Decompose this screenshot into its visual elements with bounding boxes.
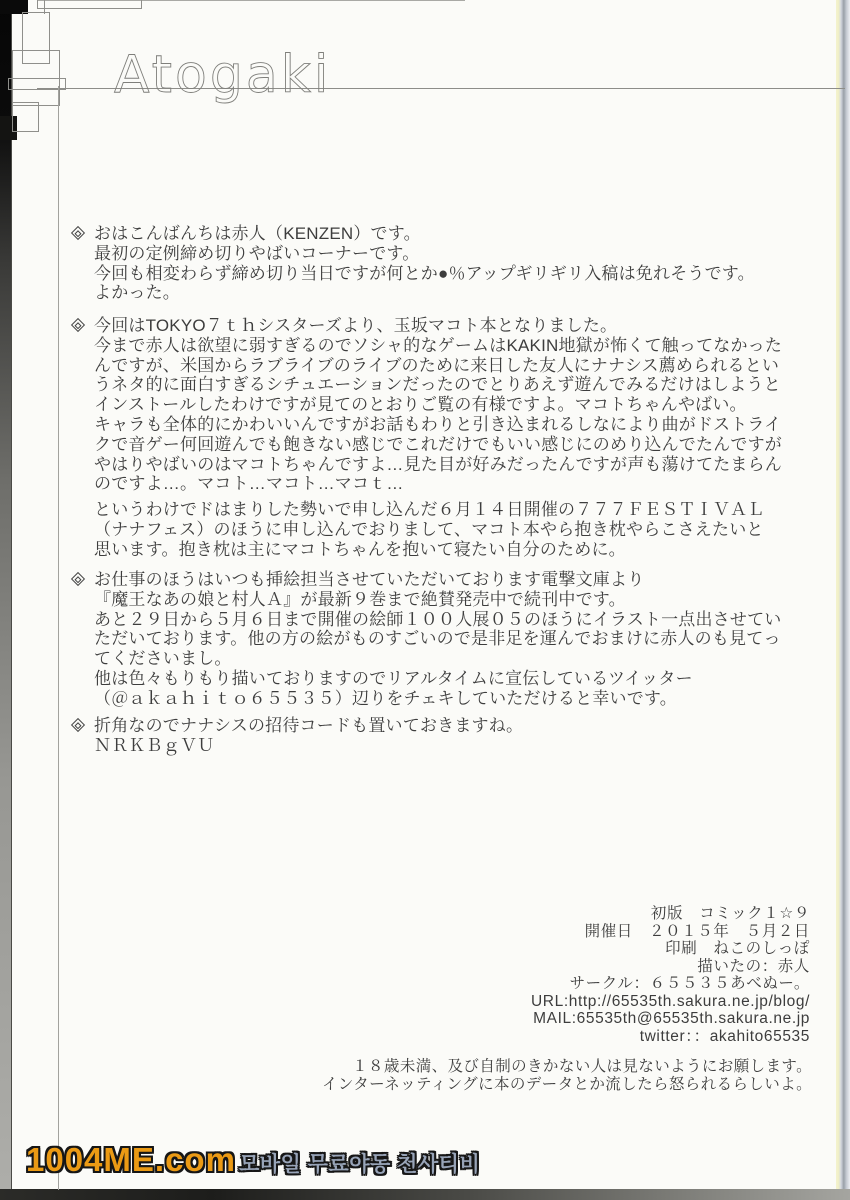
scanned-afterword-page: Atogaki おはこんばんちは赤人（KENZEN）です。 最初の定例締め切りや… <box>0 0 850 1200</box>
age-notice: １８歳未満、及び自制のきかない人は見ないようにお願します。 インターネッティング… <box>322 1058 812 1094</box>
watermark-korean-text: 모바일 무료야동 천사티비 <box>239 1148 480 1178</box>
watermark: 1004ME.com 모바일 무료야동 천사티비 <box>26 1141 480 1179</box>
page-title-text: Atogaki <box>114 45 331 105</box>
corner-line-decoration <box>44 0 45 14</box>
diamond-bullet-icon <box>71 226 85 240</box>
afterword-paragraph-1: おはこんばんちは赤人（KENZEN）です。 最初の定例締め切りやばいコーナーです… <box>72 224 817 303</box>
paragraph-text: 今回はTOKYO７ｔｈシスターズより、玉坂マコト本となりました。 今まで赤人は欲… <box>94 316 782 494</box>
page-title: Atogaki <box>104 36 334 116</box>
scan-edge-left <box>0 0 12 1200</box>
colophon: 初版 コミック１☆９ 開催日 ２０１５年 ５月２日 印刷 ねこのしっぽ 描いたの… <box>531 905 810 1045</box>
corner-rectangle-decoration <box>12 102 39 132</box>
diamond-bullet-icon <box>71 318 85 332</box>
paragraph-text: お仕事のほうはいつも挿絵担当させていただいております電撃文庫より 『魔王なあの娘… <box>94 570 782 709</box>
paragraph-text: 折角なのでナナシスの招待コードも置いておきますね。 ＮＲＫＢｇＶＵ <box>94 716 523 756</box>
afterword-paragraph-5: 折角なのでナナシスの招待コードも置いておきますね。 ＮＲＫＢｇＶＵ <box>72 716 817 756</box>
diamond-bullet-icon <box>71 572 85 586</box>
paragraph-text: おはこんばんちは赤人（KENZEN）です。 最初の定例締め切りやばいコーナーです… <box>94 224 755 303</box>
left-margin-rule <box>58 86 59 1190</box>
paragraph-text: というわけでドはまりした勢いで申し込んだ６月１４日開催の７７７ＦＥＳＴＩＶＡＬ … <box>94 500 764 559</box>
scan-edge-bottom <box>0 1189 850 1200</box>
scan-edge-right <box>836 0 850 1200</box>
corner-rectangle-decoration <box>37 0 142 9</box>
afterword-paragraph-2: 今回はTOKYO７ｔｈシスターズより、玉坂マコト本となりました。 今まで赤人は欲… <box>72 316 817 494</box>
afterword-paragraph-4: お仕事のほうはいつも挿絵担当させていただいております電撃文庫より 『魔王なあの娘… <box>72 570 817 709</box>
watermark-site-text: 1004ME.com <box>26 1141 236 1179</box>
afterword-paragraph-3: というわけでドはまりした勢いで申し込んだ６月１４日開催の７７７ＦＥＳＴＩＶＡＬ … <box>72 500 817 559</box>
diamond-bullet-icon <box>71 718 85 732</box>
